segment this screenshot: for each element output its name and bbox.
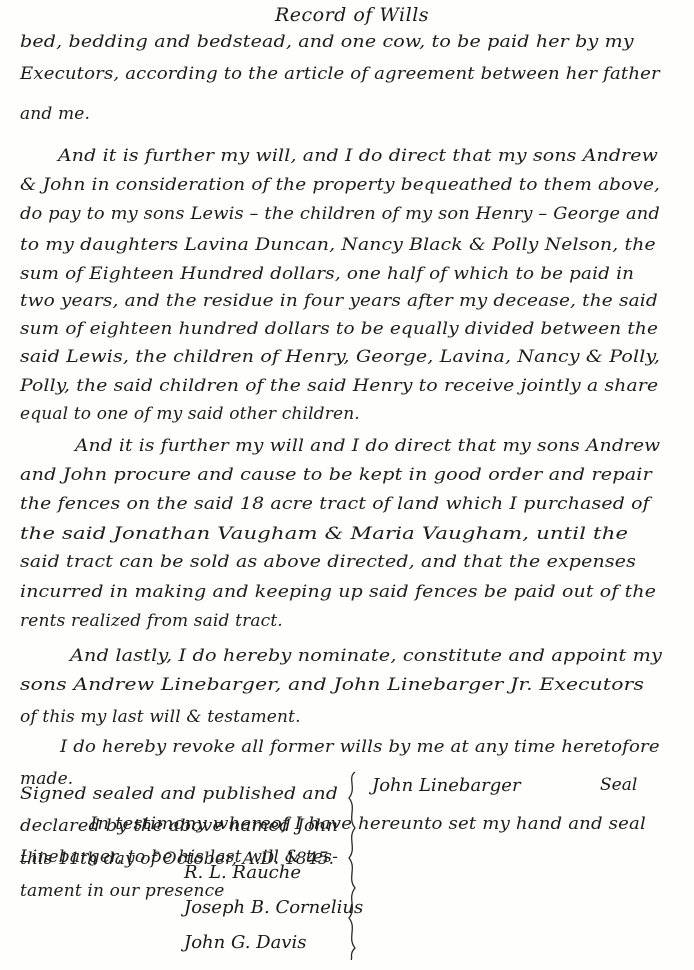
body-line: do pay to my sons Lewis – the children o… xyxy=(20,204,660,224)
body-line: two years, and the residue in four years… xyxy=(20,291,658,311)
will-record-page: Record of Wills bed, bedding and bedstea… xyxy=(0,0,694,970)
body-line: and John procure and cause to be kept in… xyxy=(20,465,652,485)
body-line: And it is further my will, and I do dire… xyxy=(58,146,658,166)
body-line: And it is further my will and I do direc… xyxy=(75,436,660,456)
curly-brace-icon xyxy=(341,770,363,960)
page-title: Record of Wills xyxy=(0,4,694,26)
body-line: equal to one of my said other children. xyxy=(20,404,360,424)
body-line: bed, bedding and bedstead, and one cow, … xyxy=(20,32,634,52)
witness-signature: John G. Davis xyxy=(184,932,306,953)
body-line: rents realized from said tract. xyxy=(20,611,283,631)
body-line: said tract can be sold as above directed… xyxy=(20,552,636,572)
witness-signature: R. L. Rauche xyxy=(184,862,301,883)
attestation-line: declared by the above named John xyxy=(20,816,338,836)
body-line: of this my last will & testament. xyxy=(20,707,301,727)
seal-mark: Seal xyxy=(600,775,637,795)
body-line: & John in consideration of the property … xyxy=(20,175,660,195)
body-line: said Lewis, the children of Henry, Georg… xyxy=(20,347,660,367)
body-line: Polly, the said children of the said Hen… xyxy=(20,376,658,396)
body-line: to my daughters Lavina Duncan, Nancy Bla… xyxy=(20,235,656,255)
body-line: sum of Eighteen Hundred dollars, one hal… xyxy=(20,264,634,284)
attestation-line: Signed sealed and published and xyxy=(20,784,338,804)
body-line: I do hereby revoke all former wills by m… xyxy=(60,737,660,757)
body-line: sum of eighteen hundred dollars to be eq… xyxy=(20,319,658,339)
body-line: And lastly, I do hereby nominate, consti… xyxy=(70,646,662,666)
body-line: and me. xyxy=(20,104,90,124)
body-line: sons Andrew Linebarger, and John Linebar… xyxy=(20,675,644,695)
testator-signature: John Linebarger xyxy=(372,775,521,796)
body-line: Executors, according to the article of a… xyxy=(20,64,660,84)
body-line: incurred in making and keeping up said f… xyxy=(20,582,656,602)
body-line: the fences on the said 18 acre tract of … xyxy=(20,494,650,514)
witness-signature: Joseph B. Cornelius xyxy=(184,897,363,918)
body-line: the said Jonathan Vaugham & Maria Vaugha… xyxy=(20,524,628,544)
